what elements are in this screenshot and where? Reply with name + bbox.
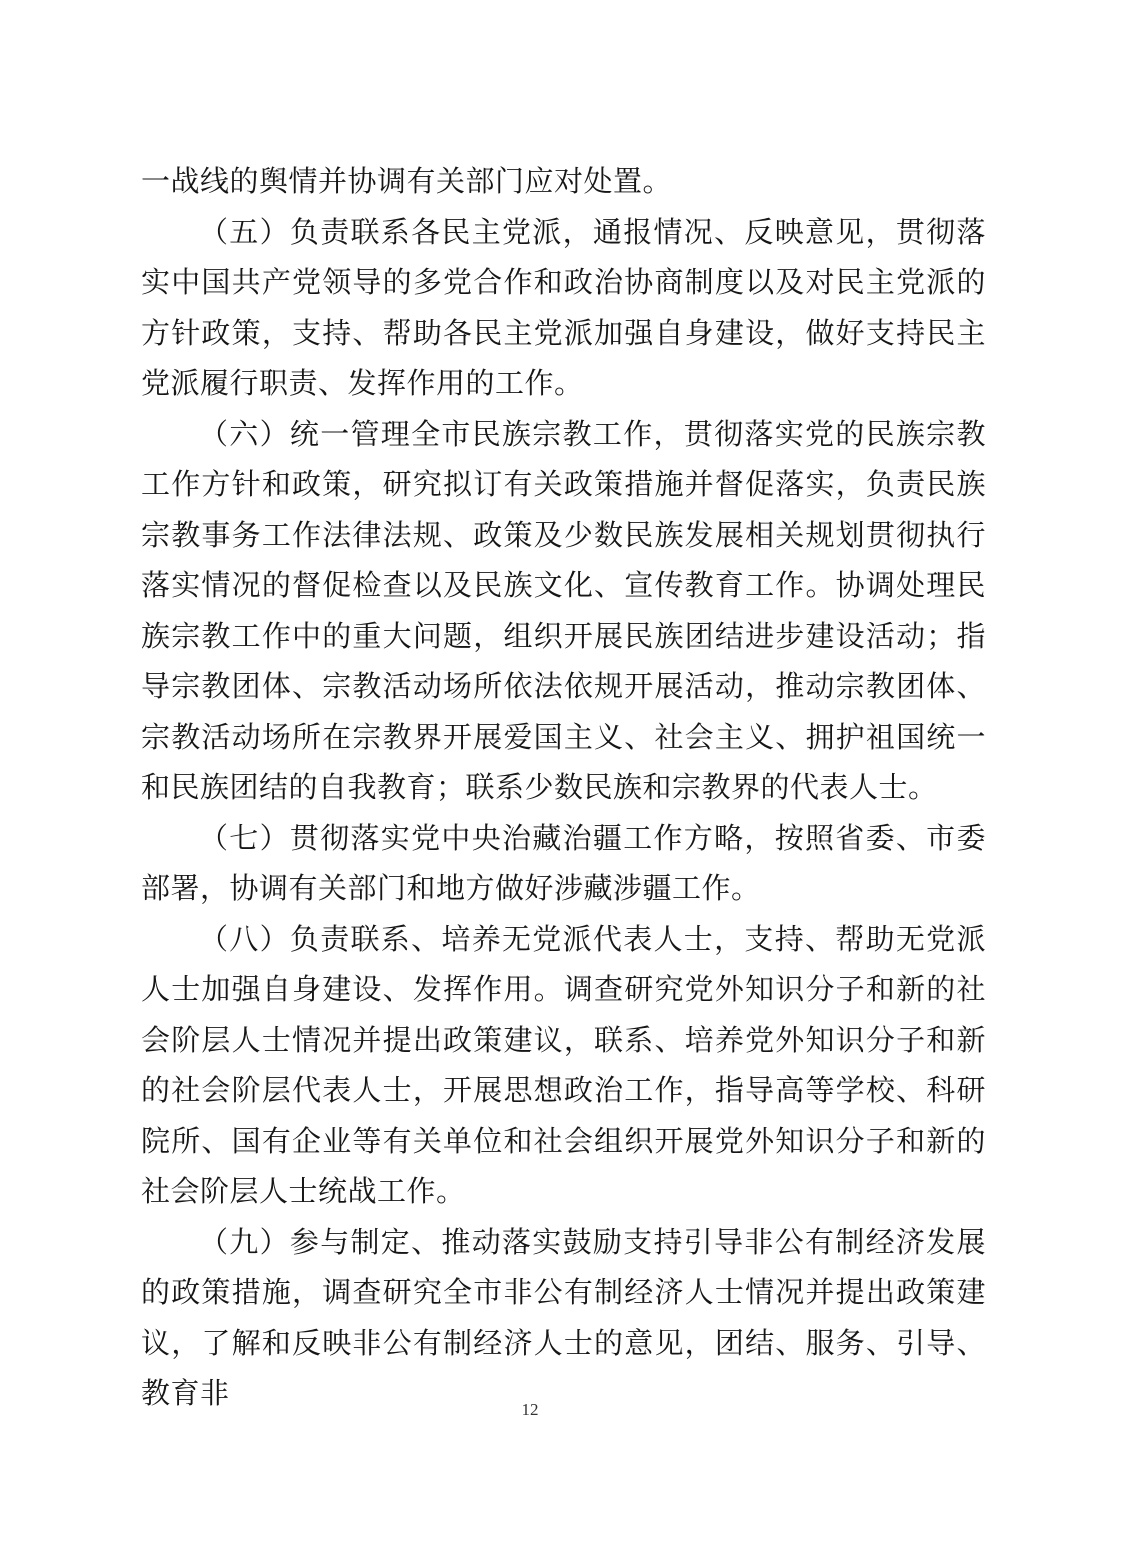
paragraph-continuation: 一战线的舆情并协调有关部门应对处置。 [141, 157, 986, 208]
paragraph-item-6: （六）统一管理全市民族宗教工作，贯彻落实党的民族宗教工作方针和政策，研究拟订有关… [141, 410, 986, 814]
page-number: 12 [0, 1400, 1060, 1420]
paragraph-item-9: （九）参与制定、推动落实鼓励支持引导非公有制经济发展的政策措施，调查研究全市非公… [141, 1218, 986, 1420]
paragraph-item-8: （八）负责联系、培养无党派代表人士，支持、帮助无党派人士加强自身建设、发挥作用。… [141, 915, 986, 1218]
paragraph-item-7: （七）贯彻落实党中央治藏治疆工作方略，按照省委、市委部署，协调有关部门和地方做好… [141, 814, 986, 915]
document-text-body: 一战线的舆情并协调有关部门应对处置。 （五）负责联系各民主党派，通报情况、反映意… [141, 157, 986, 1420]
paragraph-item-5: （五）负责联系各民主党派，通报情况、反映意见，贯彻落实中国共产党领导的多党合作和… [141, 208, 986, 410]
document-page: 一战线的舆情并协调有关部门应对处置。 （五）负责联系各民主党派，通报情况、反映意… [0, 0, 1124, 1553]
